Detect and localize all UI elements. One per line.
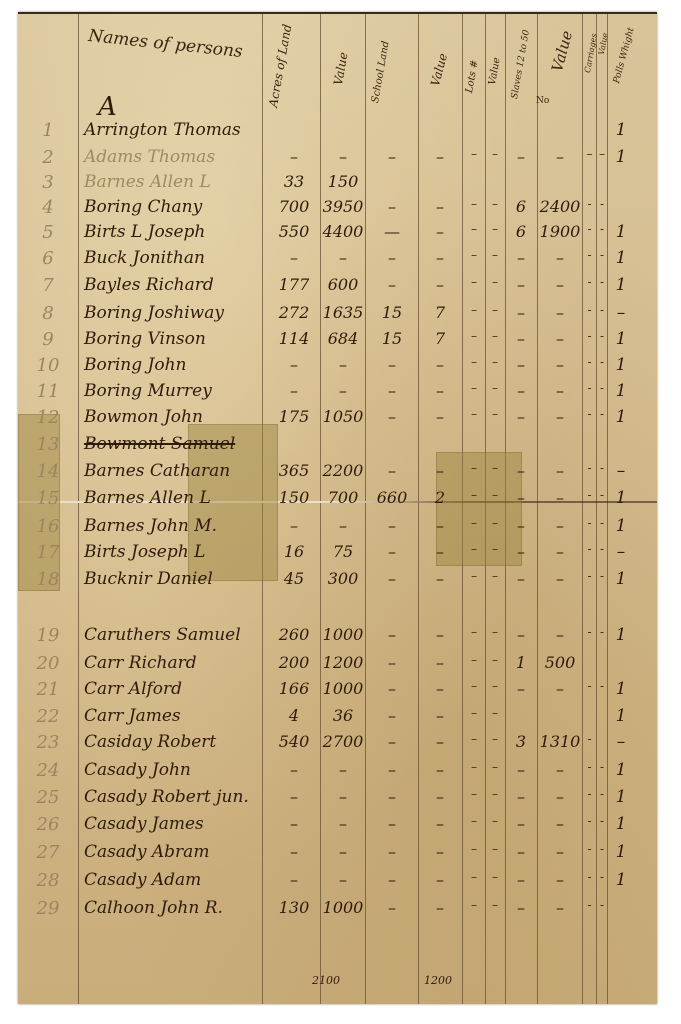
cell-carr: - (583, 898, 596, 912)
header-value: Value (331, 51, 351, 86)
cell-acres: – (268, 248, 320, 267)
cell-acres: 365 (268, 461, 320, 480)
cell-sval: – (420, 625, 460, 644)
cell-sval: – (420, 569, 460, 588)
cell-slaves: – (506, 275, 536, 294)
ledger-row: 18Bucknir Daniel45300––––––--1 (18, 569, 657, 595)
row-number: 21 (28, 679, 68, 700)
row-number: 11 (28, 381, 68, 402)
cell-carr: - (583, 381, 596, 395)
person-name: Arrington Thomas (84, 120, 241, 140)
ledger-row: 1Arrington Thomas1 (18, 120, 657, 146)
total-land-value: 2100 (312, 974, 340, 987)
cell-acres: 540 (268, 732, 320, 751)
cell-slval: – (538, 814, 582, 833)
cell-carr: - (583, 625, 596, 639)
cell-carr: - (583, 760, 596, 774)
cell-value: – (321, 381, 365, 400)
cell-lots: – (464, 569, 484, 583)
cell-cval: - (597, 625, 607, 639)
cell-sval: – (420, 275, 460, 294)
cell-carr: - (583, 732, 596, 746)
cell-lval: – (486, 870, 504, 884)
cell-slaves: – (506, 898, 536, 917)
cell-school: – (368, 516, 416, 535)
ledger-page: Names of persons A Acres of Land Value S… (18, 12, 657, 1004)
cell-sval: – (420, 222, 460, 241)
cell-slval: – (538, 488, 582, 507)
ledger-row: 22Carr James436––––1 (18, 706, 657, 732)
cell-cval: - (597, 407, 607, 421)
cell-cval: - (597, 870, 607, 884)
person-name: Carr James (84, 706, 181, 726)
cell-cval: - (597, 329, 607, 343)
cell-slaves: 6 (506, 197, 536, 216)
cell-school: – (368, 355, 416, 374)
person-name: Boring Murrey (84, 381, 212, 401)
cell-cval: - (597, 898, 607, 912)
ledger-row: 26Casady James––––––––--1 (18, 814, 657, 840)
cell-acres: 550 (268, 222, 320, 241)
cell-value: – (321, 516, 365, 535)
cell-sval: 7 (420, 303, 460, 322)
cell-slval: – (538, 461, 582, 480)
cell-acres: 700 (268, 197, 320, 216)
person-name: Barnes John M. (84, 516, 217, 536)
cell-carr: - (583, 329, 596, 343)
cell-lots: – (464, 653, 484, 667)
ledger-row: 2Adams Thomas––––––––––1 (18, 147, 657, 173)
cell-slval: – (538, 516, 582, 535)
cell-value: 150 (321, 172, 365, 191)
cell-acres: 33 (268, 172, 320, 191)
cell-school: – (368, 381, 416, 400)
cell-slval: – (538, 147, 582, 166)
cell-cval: - (597, 516, 607, 530)
cell-cval: - (597, 569, 607, 583)
cell-lval: – (486, 898, 504, 912)
cell-school: – (368, 569, 416, 588)
cell-school: – (368, 461, 416, 480)
cell-sval: – (420, 653, 460, 672)
cell-cval: - (597, 303, 607, 317)
cell-carr: - (583, 222, 596, 236)
cell-slaves: 3 (506, 732, 536, 751)
cell-carr: - (583, 870, 596, 884)
person-name: Casady Robert jun. (84, 787, 249, 807)
ledger-row: 14Barnes Catharan3652200––––––--– (18, 461, 657, 487)
cell-slaves: – (506, 355, 536, 374)
cell-acres: 175 (268, 407, 320, 426)
ledger-row: 17Birts Joseph L1675––––––--– (18, 542, 657, 568)
cell-cval: - (597, 760, 607, 774)
row-number: 8 (28, 303, 68, 324)
person-name: Adams Thomas (84, 147, 215, 167)
cell-cval: - (597, 222, 607, 236)
row-number: 3 (28, 172, 68, 193)
cell-lots: – (464, 516, 484, 530)
cell-acres: 260 (268, 625, 320, 644)
cell-lval: – (486, 407, 504, 421)
cell-school: – (368, 732, 416, 751)
header-acres: Acres of Land (266, 23, 294, 108)
cell-sval: – (420, 542, 460, 561)
cell-lots: – (464, 488, 484, 502)
cell-acres: 166 (268, 679, 320, 698)
cell-carr: - (583, 275, 596, 289)
cell-lots: – (464, 706, 484, 720)
cell-school: – (368, 653, 416, 672)
cell-carr: - (583, 303, 596, 317)
cell-lots: – (464, 407, 484, 421)
cell-school: – (368, 898, 416, 917)
person-name: Caruthers Samuel (84, 625, 241, 645)
cell-slaves: – (506, 679, 536, 698)
cell-lval: – (486, 197, 504, 211)
cell-lots: – (464, 760, 484, 774)
section-letter: A (98, 92, 117, 122)
cell-cval: - (597, 355, 607, 369)
cell-lval: – (486, 248, 504, 262)
cell-value: 300 (321, 569, 365, 588)
cell-lots: – (464, 355, 484, 369)
cell-slaves: – (506, 488, 536, 507)
cell-sval: – (420, 706, 460, 725)
cell-value: 3950 (321, 197, 365, 216)
cell-lots: – (464, 787, 484, 801)
row-number: 28 (28, 870, 68, 891)
cell-lots: – (464, 222, 484, 236)
cell-slval: – (538, 248, 582, 267)
cell-polls: – (610, 542, 632, 562)
row-number: 29 (28, 898, 68, 919)
cell-sval: – (420, 355, 460, 374)
cell-acres: 130 (268, 898, 320, 917)
cell-value: 1000 (321, 898, 365, 917)
row-number: 16 (28, 516, 68, 537)
ledger-row: 13Bowmont Samuel (18, 434, 657, 460)
cell-school: – (368, 870, 416, 889)
ledger-row: 29Calhoon John R.1301000––––––-- (18, 898, 657, 924)
cell-lots: – (464, 732, 484, 746)
cell-sval: – (420, 407, 460, 426)
cell-polls: 1 (610, 407, 632, 427)
ledger-row: 19Caruthers Samuel2601000––––––--1 (18, 625, 657, 651)
cell-lots: – (464, 303, 484, 317)
cell-polls: 1 (610, 381, 632, 401)
cell-value: – (321, 147, 365, 166)
cell-school: – (368, 814, 416, 833)
cell-slaves: – (506, 329, 536, 348)
person-name: Calhoon John R. (84, 898, 223, 918)
cell-value: 75 (321, 542, 365, 561)
cell-carr: - (583, 461, 596, 475)
row-number: 19 (28, 625, 68, 646)
cell-carr: - (583, 355, 596, 369)
cell-polls: 1 (610, 222, 632, 242)
cell-polls: 1 (610, 355, 632, 375)
cell-acres: 4 (268, 706, 320, 725)
cell-school: 660 (368, 488, 416, 507)
cell-lval: – (486, 275, 504, 289)
cell-sval: 2 (420, 488, 460, 507)
cell-acres: – (268, 760, 320, 779)
cell-slaves: – (506, 407, 536, 426)
cell-lval: – (486, 679, 504, 693)
cell-slaves: – (506, 787, 536, 806)
person-name: Carr Alford (84, 679, 182, 699)
cell-polls: 1 (610, 625, 632, 645)
person-name: Bayles Richard (84, 275, 214, 295)
cell-sval: – (420, 248, 460, 267)
ledger-row: 21Carr Alford1661000––––––--1 (18, 679, 657, 705)
cell-acres: – (268, 516, 320, 535)
cell-lval: – (486, 760, 504, 774)
cell-sval: – (420, 870, 460, 889)
cell-slaves: – (506, 870, 536, 889)
person-name: Buck Jonithan (84, 248, 205, 268)
cell-value: 36 (321, 706, 365, 725)
slaves-number-marker: No (536, 96, 549, 106)
cell-slval: 500 (538, 653, 582, 672)
cell-lots: – (464, 625, 484, 639)
header-lots: Lots # (464, 59, 481, 94)
row-number: 2 (28, 147, 68, 168)
cell-lval: – (486, 222, 504, 236)
cell-lval: – (486, 147, 504, 161)
cell-polls: 1 (610, 488, 632, 508)
person-name: Casady Abram (84, 842, 209, 862)
cell-school: – (368, 407, 416, 426)
row-number: 14 (28, 461, 68, 482)
cell-lval: – (486, 303, 504, 317)
cell-carr: - (583, 248, 596, 262)
row-number: 20 (28, 653, 68, 674)
cell-carr: - (583, 814, 596, 828)
cell-sval: – (420, 760, 460, 779)
row-number: 27 (28, 842, 68, 863)
cell-carr: - (583, 488, 596, 502)
cell-value: – (321, 787, 365, 806)
cell-slval: – (538, 381, 582, 400)
cell-slval: – (538, 275, 582, 294)
row-number: 5 (28, 222, 68, 243)
cell-lots: – (464, 329, 484, 343)
cell-sval: – (420, 842, 460, 861)
cell-value: – (321, 814, 365, 833)
row-number: 7 (28, 275, 68, 296)
cell-school: – (368, 842, 416, 861)
cell-carr: - (583, 542, 596, 556)
cell-polls: 1 (610, 787, 632, 807)
cell-value: 684 (321, 329, 365, 348)
cell-value: 1000 (321, 679, 365, 698)
cell-acres: – (268, 355, 320, 374)
cell-acres: – (268, 381, 320, 400)
cell-carr: - (583, 197, 596, 211)
cell-lval: – (486, 488, 504, 502)
cell-slval: – (538, 787, 582, 806)
person-name: Boring Chany (84, 197, 202, 217)
cell-school: – (368, 147, 416, 166)
cell-carr: - (583, 516, 596, 530)
cell-lval: – (486, 355, 504, 369)
cell-value: 1200 (321, 653, 365, 672)
cell-acres: – (268, 814, 320, 833)
row-number: 10 (28, 355, 68, 376)
row-number: 13 (28, 434, 68, 455)
person-name: Barnes Allen L (84, 488, 211, 508)
header-lots-value: Value (487, 57, 503, 86)
cell-slval: – (538, 625, 582, 644)
cell-slaves: – (506, 461, 536, 480)
cell-school: – (368, 197, 416, 216)
cell-polls: – (610, 732, 632, 752)
person-name: Birts L Joseph (84, 222, 205, 242)
cell-carr: - (583, 787, 596, 801)
cell-polls: 1 (610, 147, 632, 167)
cell-slaves: – (506, 381, 536, 400)
cell-slaves: – (506, 760, 536, 779)
ledger-row: 20Carr Richard2001200––––1500 (18, 653, 657, 679)
cell-slaves: – (506, 516, 536, 535)
person-name: Bowmon John (84, 407, 203, 427)
cell-sval: – (420, 787, 460, 806)
cell-cval: - (597, 787, 607, 801)
ledger-row: 9Boring Vinson114684157––––--1 (18, 329, 657, 355)
person-name: Casady Adam (84, 870, 201, 890)
cell-school: – (368, 679, 416, 698)
ledger-row: 4Boring Chany7003950––––62400-- (18, 197, 657, 223)
person-name: Barnes Allen L (84, 172, 211, 192)
cell-lval: – (486, 842, 504, 856)
cell-slval: – (538, 870, 582, 889)
cell-lval: – (486, 787, 504, 801)
cell-lots: – (464, 842, 484, 856)
cell-value: 700 (321, 488, 365, 507)
row-number: 18 (28, 569, 68, 590)
cell-sval: – (420, 516, 460, 535)
cell-lots: – (464, 679, 484, 693)
cell-polls: 1 (610, 760, 632, 780)
cell-sval: – (420, 147, 460, 166)
cell-polls: 1 (610, 275, 632, 295)
cell-school: — (368, 222, 416, 241)
ledger-row: 11Boring Murrey––––––––--1 (18, 381, 657, 407)
cell-value: 1050 (321, 407, 365, 426)
cell-slaves: – (506, 248, 536, 267)
cell-cval: - (597, 542, 607, 556)
cell-slval: – (538, 569, 582, 588)
cell-value: 1000 (321, 625, 365, 644)
cell-value: – (321, 842, 365, 861)
cell-lots: – (464, 898, 484, 912)
cell-carr: - (583, 407, 596, 421)
cell-slval: – (538, 407, 582, 426)
cell-value: 1635 (321, 303, 365, 322)
cell-sval: – (420, 381, 460, 400)
cell-slval: – (538, 303, 582, 322)
cell-sval: – (420, 461, 460, 480)
cell-lval: – (486, 814, 504, 828)
ledger-row: 6Buck Jonithan––––––––--1 (18, 248, 657, 274)
cell-slaves: – (506, 303, 536, 322)
ledger-row: 24Casady John––––––––--1 (18, 760, 657, 786)
cell-sval: – (420, 732, 460, 751)
cell-value: – (321, 355, 365, 374)
cell-school: 15 (368, 303, 416, 322)
person-name: Casiday Robert (84, 732, 216, 752)
cell-school: – (368, 248, 416, 267)
person-name: Barnes Catharan (84, 461, 230, 481)
row-number: 12 (28, 407, 68, 428)
cell-value: – (321, 760, 365, 779)
cell-cval: - (597, 679, 607, 693)
cell-polls: 1 (610, 870, 632, 890)
cell-lots: – (464, 275, 484, 289)
cell-lval: – (486, 653, 504, 667)
cell-cval: - (597, 461, 607, 475)
row-number: 25 (28, 787, 68, 808)
cell-slaves: 6 (506, 222, 536, 241)
cell-slaves: – (506, 814, 536, 833)
cell-lval: – (486, 381, 504, 395)
row-number: 22 (28, 706, 68, 727)
ledger-row: 25Casady Robert jun.––––––––--1 (18, 787, 657, 813)
cell-value: 2700 (321, 732, 365, 751)
cell-slval: 2400 (538, 197, 582, 216)
cell-slval: – (538, 679, 582, 698)
cell-lval: – (486, 516, 504, 530)
cell-slval: – (538, 760, 582, 779)
row-number: 23 (28, 732, 68, 753)
cell-value: 4400 (321, 222, 365, 241)
cell-sval: – (420, 814, 460, 833)
person-name: Carr Richard (84, 653, 197, 673)
cell-lots: – (464, 870, 484, 884)
cell-sval: – (420, 197, 460, 216)
cell-school: 15 (368, 329, 416, 348)
cell-acres: 150 (268, 488, 320, 507)
page-title: Names of persons (87, 26, 243, 62)
ledger-row: 8Boring Joshiway2721635157––––--– (18, 303, 657, 329)
cell-slval: – (538, 842, 582, 861)
cell-polls: – (610, 461, 632, 481)
cell-acres: – (268, 787, 320, 806)
ledger-row: 23Casiday Robert5402700––––31310-– (18, 732, 657, 758)
person-name: Casady James (84, 814, 204, 834)
person-name: Bucknir Daniel (84, 569, 213, 589)
cell-school: – (368, 760, 416, 779)
cell-cval: - (597, 842, 607, 856)
cell-value: 2200 (321, 461, 365, 480)
cell-carr: - (583, 842, 596, 856)
cell-slval: – (538, 329, 582, 348)
cell-cval: - (597, 488, 607, 502)
cell-slval: – (538, 355, 582, 374)
cell-carr: - (583, 569, 596, 583)
ledger-row: 3Barnes Allen L33150 (18, 172, 657, 198)
cell-lots: – (464, 814, 484, 828)
row-number: 1 (28, 120, 68, 141)
person-name: Boring John (84, 355, 186, 375)
ledger-row: 5Birts L Joseph5504400—–––61900--1 (18, 222, 657, 248)
ledger-row: 27Casady Abram––––––––--1 (18, 842, 657, 868)
cell-acres: 16 (268, 542, 320, 561)
header-slaves: Slaves 12 to 50 (510, 29, 532, 100)
cell-school: – (368, 706, 416, 725)
cell-sval: 7 (420, 329, 460, 348)
